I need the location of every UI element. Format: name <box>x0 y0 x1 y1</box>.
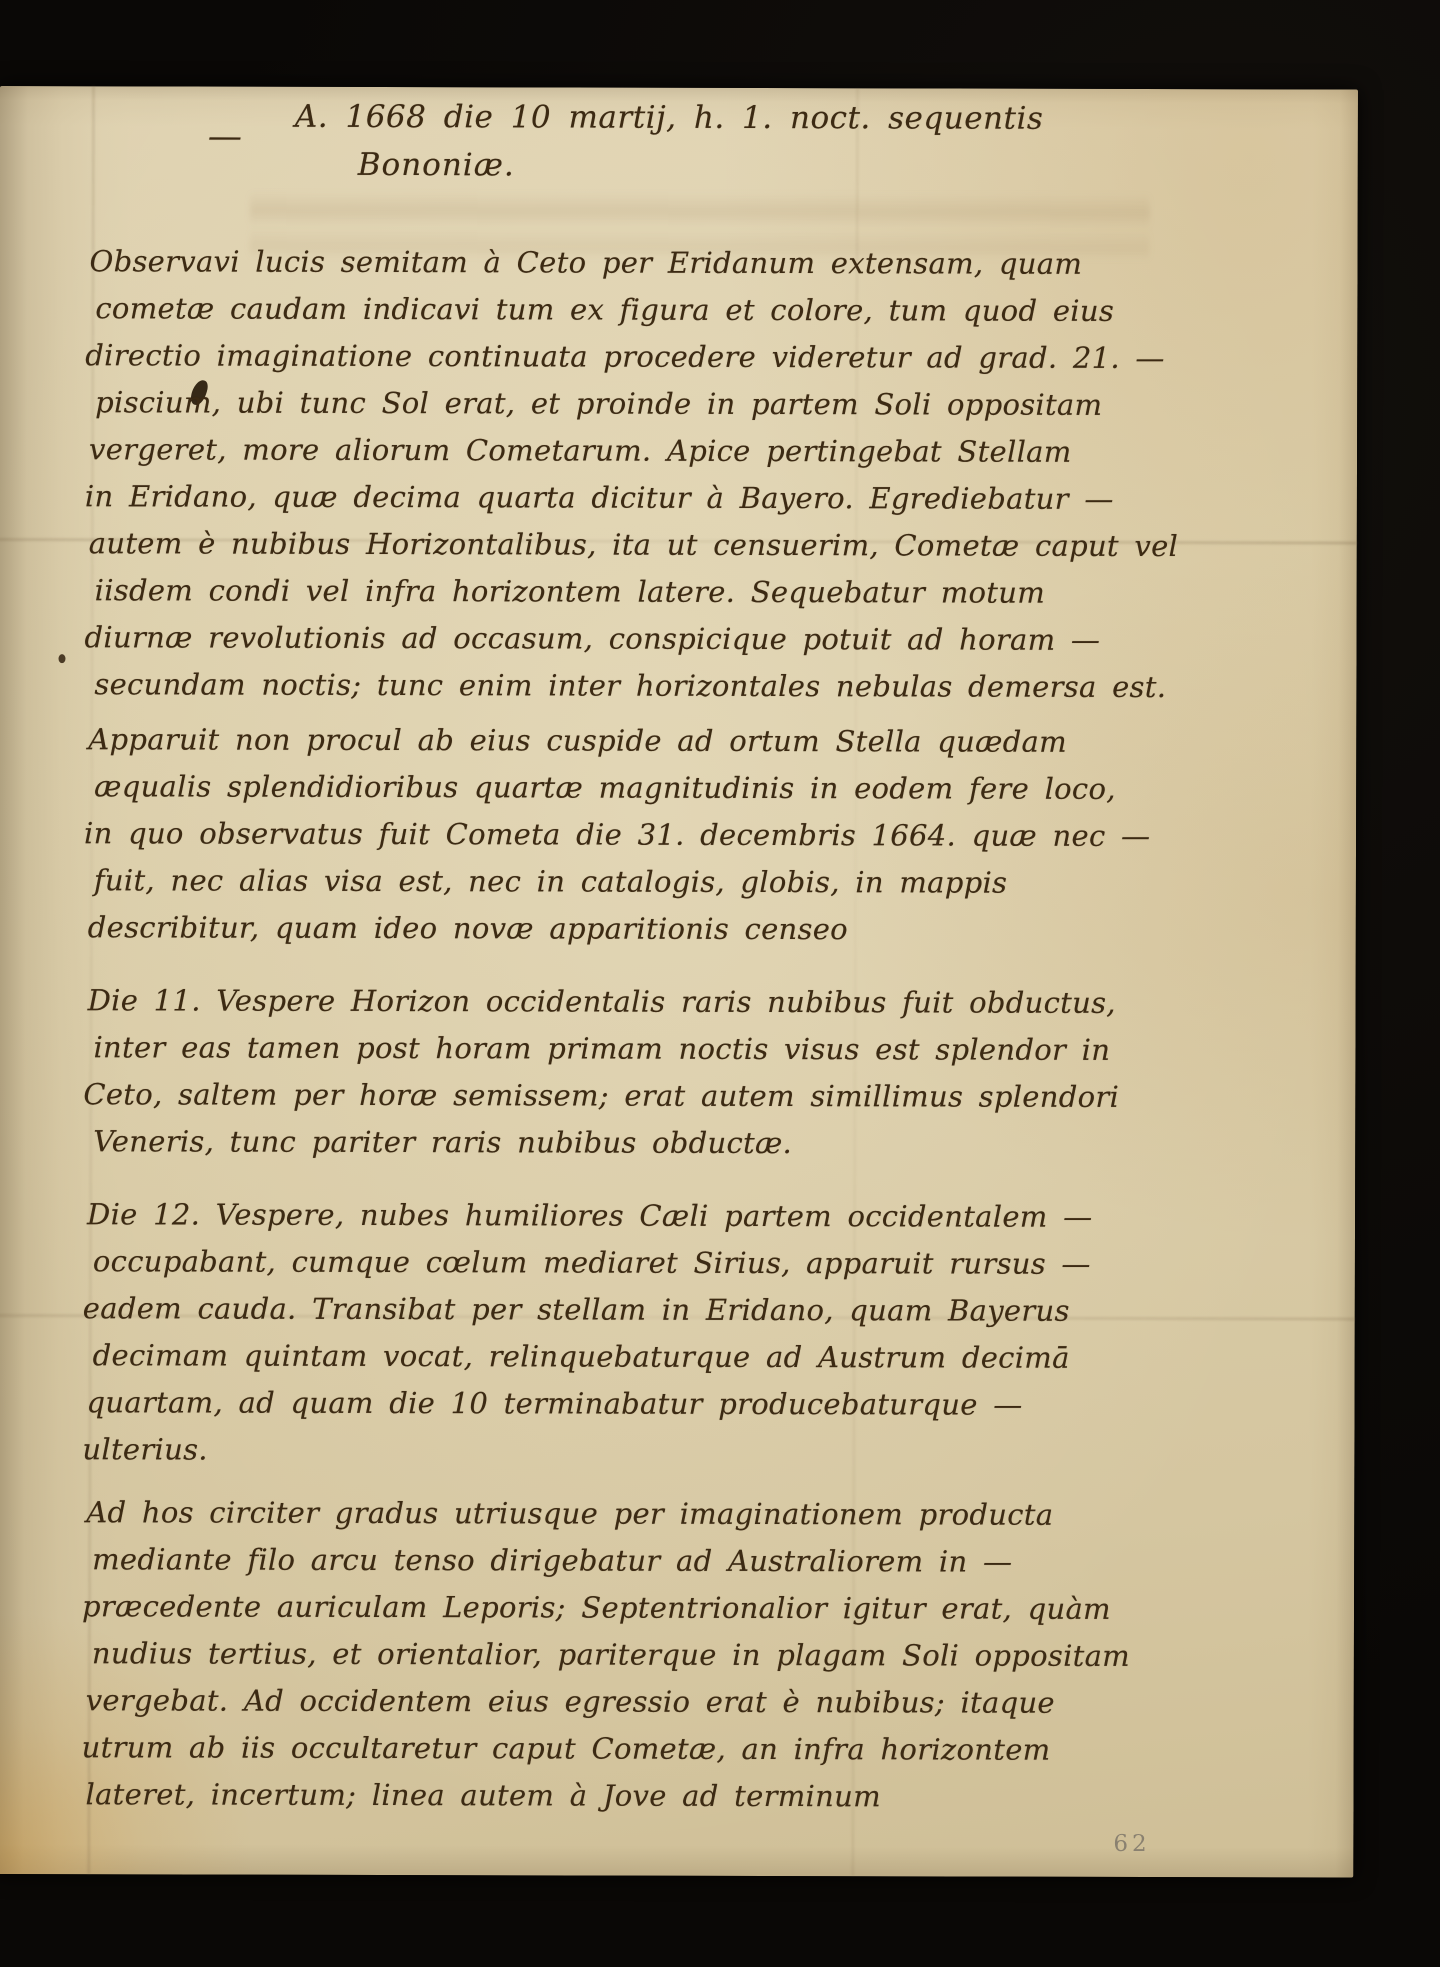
manuscript-line: lateret, incertum; linea autem à Jove ad… <box>85 1771 1295 1821</box>
manuscript-line: in Eridano, quæ decima quarta dicitur à … <box>85 473 1299 523</box>
manuscript-line: describitur, quam ideo novæ apparitionis… <box>88 904 1298 954</box>
header-place-line: Bononiæ. <box>358 147 1358 186</box>
paragraph-new-star: Apparuit non procul ab eius cuspide ad o… <box>88 716 1299 954</box>
page-number: 62 <box>1113 1831 1150 1857</box>
manuscript-text: Observavi lucis semitam à Ceto per Erida… <box>85 238 1299 1821</box>
manuscript-line: Die 11. Vespere Horizon occidentalis rar… <box>88 977 1298 1027</box>
manuscript-line: iisdem condi vel infra horizontem latere… <box>95 567 1299 617</box>
paragraph-ad-hos-gradus: Ad hos circiter gradus utriusque per ima… <box>85 1489 1296 1821</box>
manuscript-line: Apparuit non procul ab eius cuspide ad o… <box>88 716 1298 766</box>
manuscript-line: autem è nubibus Horizontalibus, ita ut c… <box>89 520 1299 570</box>
manuscript-line: nudius tertius, et orientalior, pariterq… <box>92 1630 1296 1680</box>
manuscript-line: Ad hos circiter gradus utriusque per ima… <box>86 1489 1296 1539</box>
manuscript-line: quartam, ad quam die 10 terminabatur pro… <box>86 1379 1296 1429</box>
manuscript-line: utrum ab iis occultaretur caput Cometæ, … <box>82 1724 1296 1774</box>
manuscript-line: inter eas tamen post horam primam noctis… <box>93 1024 1297 1074</box>
manuscript-line: decimam quintam vocat, relinquebaturque … <box>93 1332 1297 1382</box>
photograph-background: — A. 1668 die 10 martij, h. 1. noct. seq… <box>0 0 1440 1967</box>
manuscript-line: Die 12. Vespere, nubes humiliores Cæli p… <box>87 1191 1297 1241</box>
manuscript-line: æqualis splendidioribus quartæ magnitudi… <box>94 763 1298 813</box>
manuscript-line: occupabant, cumque cœlum mediaret Sirius… <box>93 1238 1297 1288</box>
manuscript-line: directio imaginatione continuata procede… <box>85 332 1299 382</box>
manuscript-line: Veneris, tunc pariter raris nubibus obdu… <box>93 1118 1297 1168</box>
header-dash: — <box>208 117 240 157</box>
manuscript-line: fuit, nec alias visa est, nec in catalog… <box>94 857 1298 907</box>
manuscript-line: Ceto, saltem per horæ semissem; erat aut… <box>83 1071 1297 1121</box>
manuscript-line: vergebat. Ad occidentem eius egressio er… <box>86 1677 1296 1727</box>
manuscript-header: — A. 1668 die 10 martij, h. 1. noct. seq… <box>0 98 1358 186</box>
manuscript-line: diurnæ revolutionis ad occasum, conspici… <box>84 614 1298 664</box>
manuscript-line: in quo observatus fuit Cometa die 31. de… <box>84 810 1298 860</box>
paragraph-die-12: Die 12. Vespere, nubes humiliores Cæli p… <box>86 1191 1297 1476</box>
manuscript-page: — A. 1668 die 10 martij, h. 1. noct. seq… <box>0 86 1358 1878</box>
manuscript-line: secundam noctis; tunc enim inter horizon… <box>94 661 1298 711</box>
margin-ink-dot <box>58 654 65 663</box>
manuscript-line: Observavi lucis semitam à Ceto per Erida… <box>89 238 1299 288</box>
manuscript-line: præcedente auriculam Leporis; Septentrio… <box>82 1583 1296 1633</box>
paragraph-observation-march-10: Observavi lucis semitam à Ceto per Erida… <box>88 238 1299 711</box>
manuscript-line: ulterius. <box>82 1426 1296 1476</box>
header-date-line: A. 1668 die 10 martij, h. 1. noct. seque… <box>295 99 1358 138</box>
manuscript-line: piscium, ubi tunc Sol erat, et proinde i… <box>95 379 1299 429</box>
manuscript-line: eadem cauda. Transibat per stellam in Er… <box>83 1285 1297 1335</box>
manuscript-line: vergeret, more aliorum Cometarum. Apice … <box>89 426 1299 476</box>
manuscript-line: mediante filo arcu tenso dirigebatur ad … <box>92 1536 1296 1586</box>
manuscript-line: cometæ caudam indicavi tum ex figura et … <box>95 285 1299 335</box>
paragraph-die-11: Die 11. Vespere Horizon occidentalis rar… <box>87 977 1297 1168</box>
